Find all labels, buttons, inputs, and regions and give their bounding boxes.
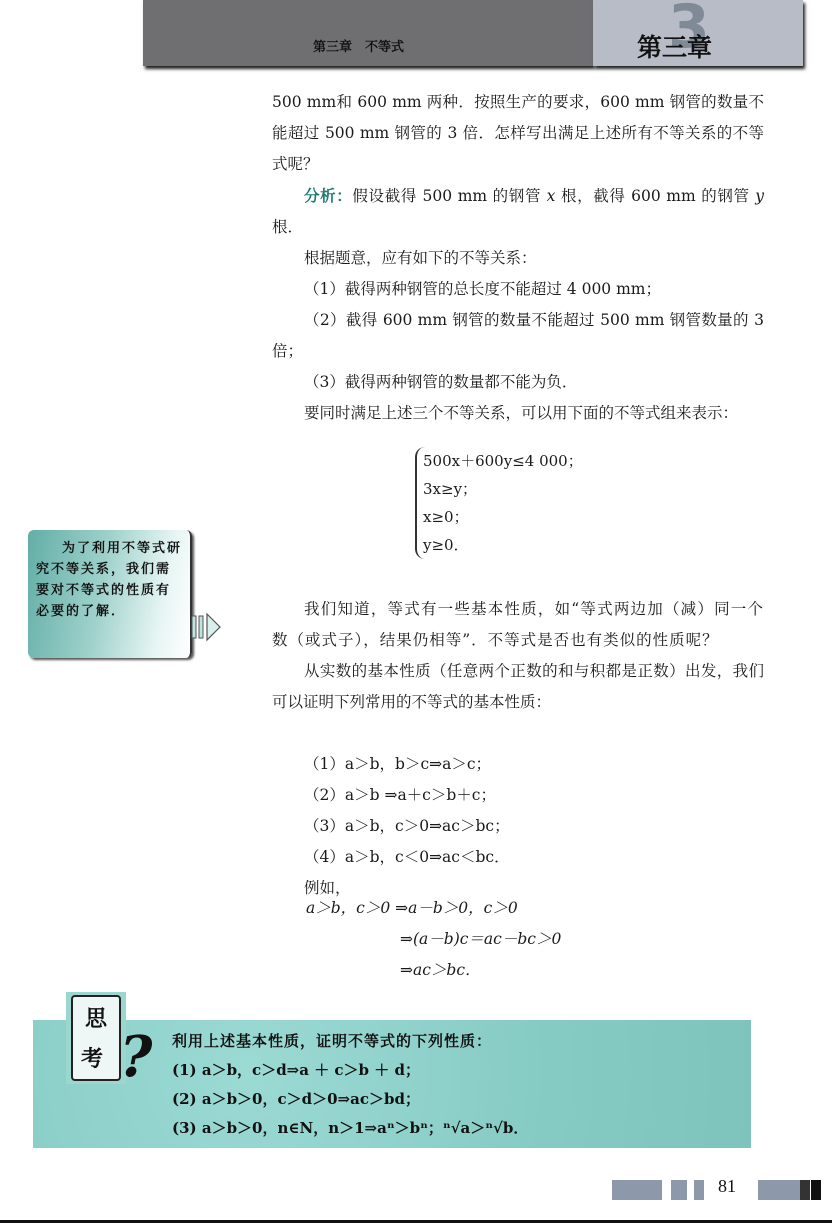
property-list: （1）a＞b，b＞c⇒a＞c； （2）a＞b ⇒a＋c＞b＋c； （3）a＞b，…: [272, 749, 764, 904]
relation-item: （1）截得两种钢管的总长度不能超过 4 000 mm；: [272, 274, 764, 305]
footer-block: [694, 1180, 704, 1200]
paragraph-equality-properties: 我们知道，等式有一些基本性质，如“等式两边加（减）同一个数（或式子），结果仍相等…: [272, 594, 764, 656]
chapter-tab: 3 第三章: [593, 0, 803, 66]
main-text-middle: 我们知道，等式有一些基本性质，如“等式两边加（减）同一个数（或式子），结果仍相等…: [272, 594, 764, 718]
property-item: （2）a＞b ⇒a＋c＞b＋c；: [272, 780, 764, 811]
property-item: （1）a＞b，b＞c⇒a＞c；: [272, 749, 764, 780]
main-text-top: 500 mm和 600 mm 两种．按照生产的要求，600 mm 钢管的数量不能…: [272, 87, 764, 429]
think-item: (1) a＞b，c＞d⇒a ＋ c＞b ＋ d；: [172, 1056, 528, 1085]
relation-item: （3）截得两种钢管的数量都不能为负．: [272, 367, 764, 398]
think-intro: 利用上述基本性质，证明不等式的下列性质：: [172, 1027, 528, 1056]
example-derivation: a＞b，c＞0 ⇒a－b＞0，c＞0 ⇒(a－b)c＝ac－bc＞0 ⇒ac＞b…: [306, 893, 561, 986]
footer-block: [671, 1180, 687, 1200]
bottom-rule: [0, 1220, 832, 1223]
footer-block: [811, 1180, 821, 1200]
analysis-text: 根，截得 600 mm 的钢管: [555, 187, 755, 205]
analysis-label: 分析：: [304, 186, 352, 205]
think-box-content: 利用上述基本性质，证明不等式的下列性质： (1) a＞b，c＞d⇒a ＋ c＞b…: [172, 1027, 528, 1143]
derivation-line: a＞b，c＞0 ⇒a－b＞0，c＞0: [306, 893, 561, 924]
system-line: 500x＋600y≤4 000；: [423, 447, 583, 475]
footer-block: [612, 1180, 662, 1200]
think-item: (2) a＞b＞0，c＞d＞0⇒ac＞bd；: [172, 1085, 528, 1114]
variable-y: y: [755, 187, 764, 205]
analysis-text: 假设截得 500 mm 的钢管: [352, 187, 546, 205]
inequality-system: 500x＋600y≤4 000； 3x≥y； x≥0； y≥0．: [415, 447, 583, 559]
relation-item: （2）截得 600 mm 钢管的数量不能超过 500 mm 钢管数量的 3 倍；: [272, 305, 764, 367]
think-item: (3) a＞b＞0，n∈N，n＞1⇒aⁿ＞bⁿ；ⁿ√a＞ⁿ√b．: [172, 1114, 528, 1143]
running-head: 第三章 不等式: [313, 36, 404, 55]
arrow-right-icon: [190, 612, 230, 642]
side-note-text: 为了利用不等式研究不等关系，我们需要对不等式的性质有必要的了解．: [36, 538, 184, 622]
system-line: y≥0．: [423, 531, 583, 559]
side-note-body: 为了利用不等式研究不等关系，我们需要对不等式的性质有必要的了解．: [36, 541, 182, 619]
derivation-line: ⇒ac＞bc．: [306, 955, 561, 986]
think-question-icon: 思 考 ?: [58, 988, 158, 1088]
system-line: x≥0；: [423, 503, 583, 531]
svg-text:?: ?: [120, 1024, 154, 1088]
chapter-header-bar: 第三章 不等式: [143, 0, 593, 66]
paragraph-problem: 500 mm和 600 mm 两种．按照生产的要求，600 mm 钢管的数量不能…: [272, 87, 764, 180]
chapter-tab-label: 第三章: [637, 28, 712, 64]
paragraph-real-numbers: 从实数的基本性质（任意两个正数的和与积都是正数）出发，我们可以证明下列常用的不等…: [272, 656, 764, 718]
side-note-callout: 为了利用不等式研究不等关系，我们需要对不等式的性质有必要的了解．: [28, 530, 192, 658]
system-line: 3x≥y；: [423, 475, 583, 503]
paragraph-relations-intro: 根据题意，应有如下的不等关系：: [272, 243, 764, 274]
paragraph-system-intro: 要同时满足上述三个不等关系，可以用下面的不等式组来表示：: [272, 398, 764, 429]
svg-text:考: 考: [81, 1046, 103, 1072]
property-item: （3）a＞b，c＞0⇒ac＞bc；: [272, 811, 764, 842]
footer-block: [800, 1180, 810, 1200]
paragraph-analysis: 分析：假设截得 500 mm 的钢管 x 根，截得 600 mm 的钢管 y 根…: [272, 180, 764, 243]
page-number: 81: [718, 1176, 736, 1197]
derivation-line: ⇒(a－b)c＝ac－bc＞0: [306, 924, 561, 955]
analysis-text: 根．: [272, 218, 303, 236]
svg-text:思: 思: [85, 1007, 108, 1032]
footer-block: [758, 1180, 800, 1200]
property-item: （4）a＞b，c＜0⇒ac＜bc．: [272, 842, 764, 873]
